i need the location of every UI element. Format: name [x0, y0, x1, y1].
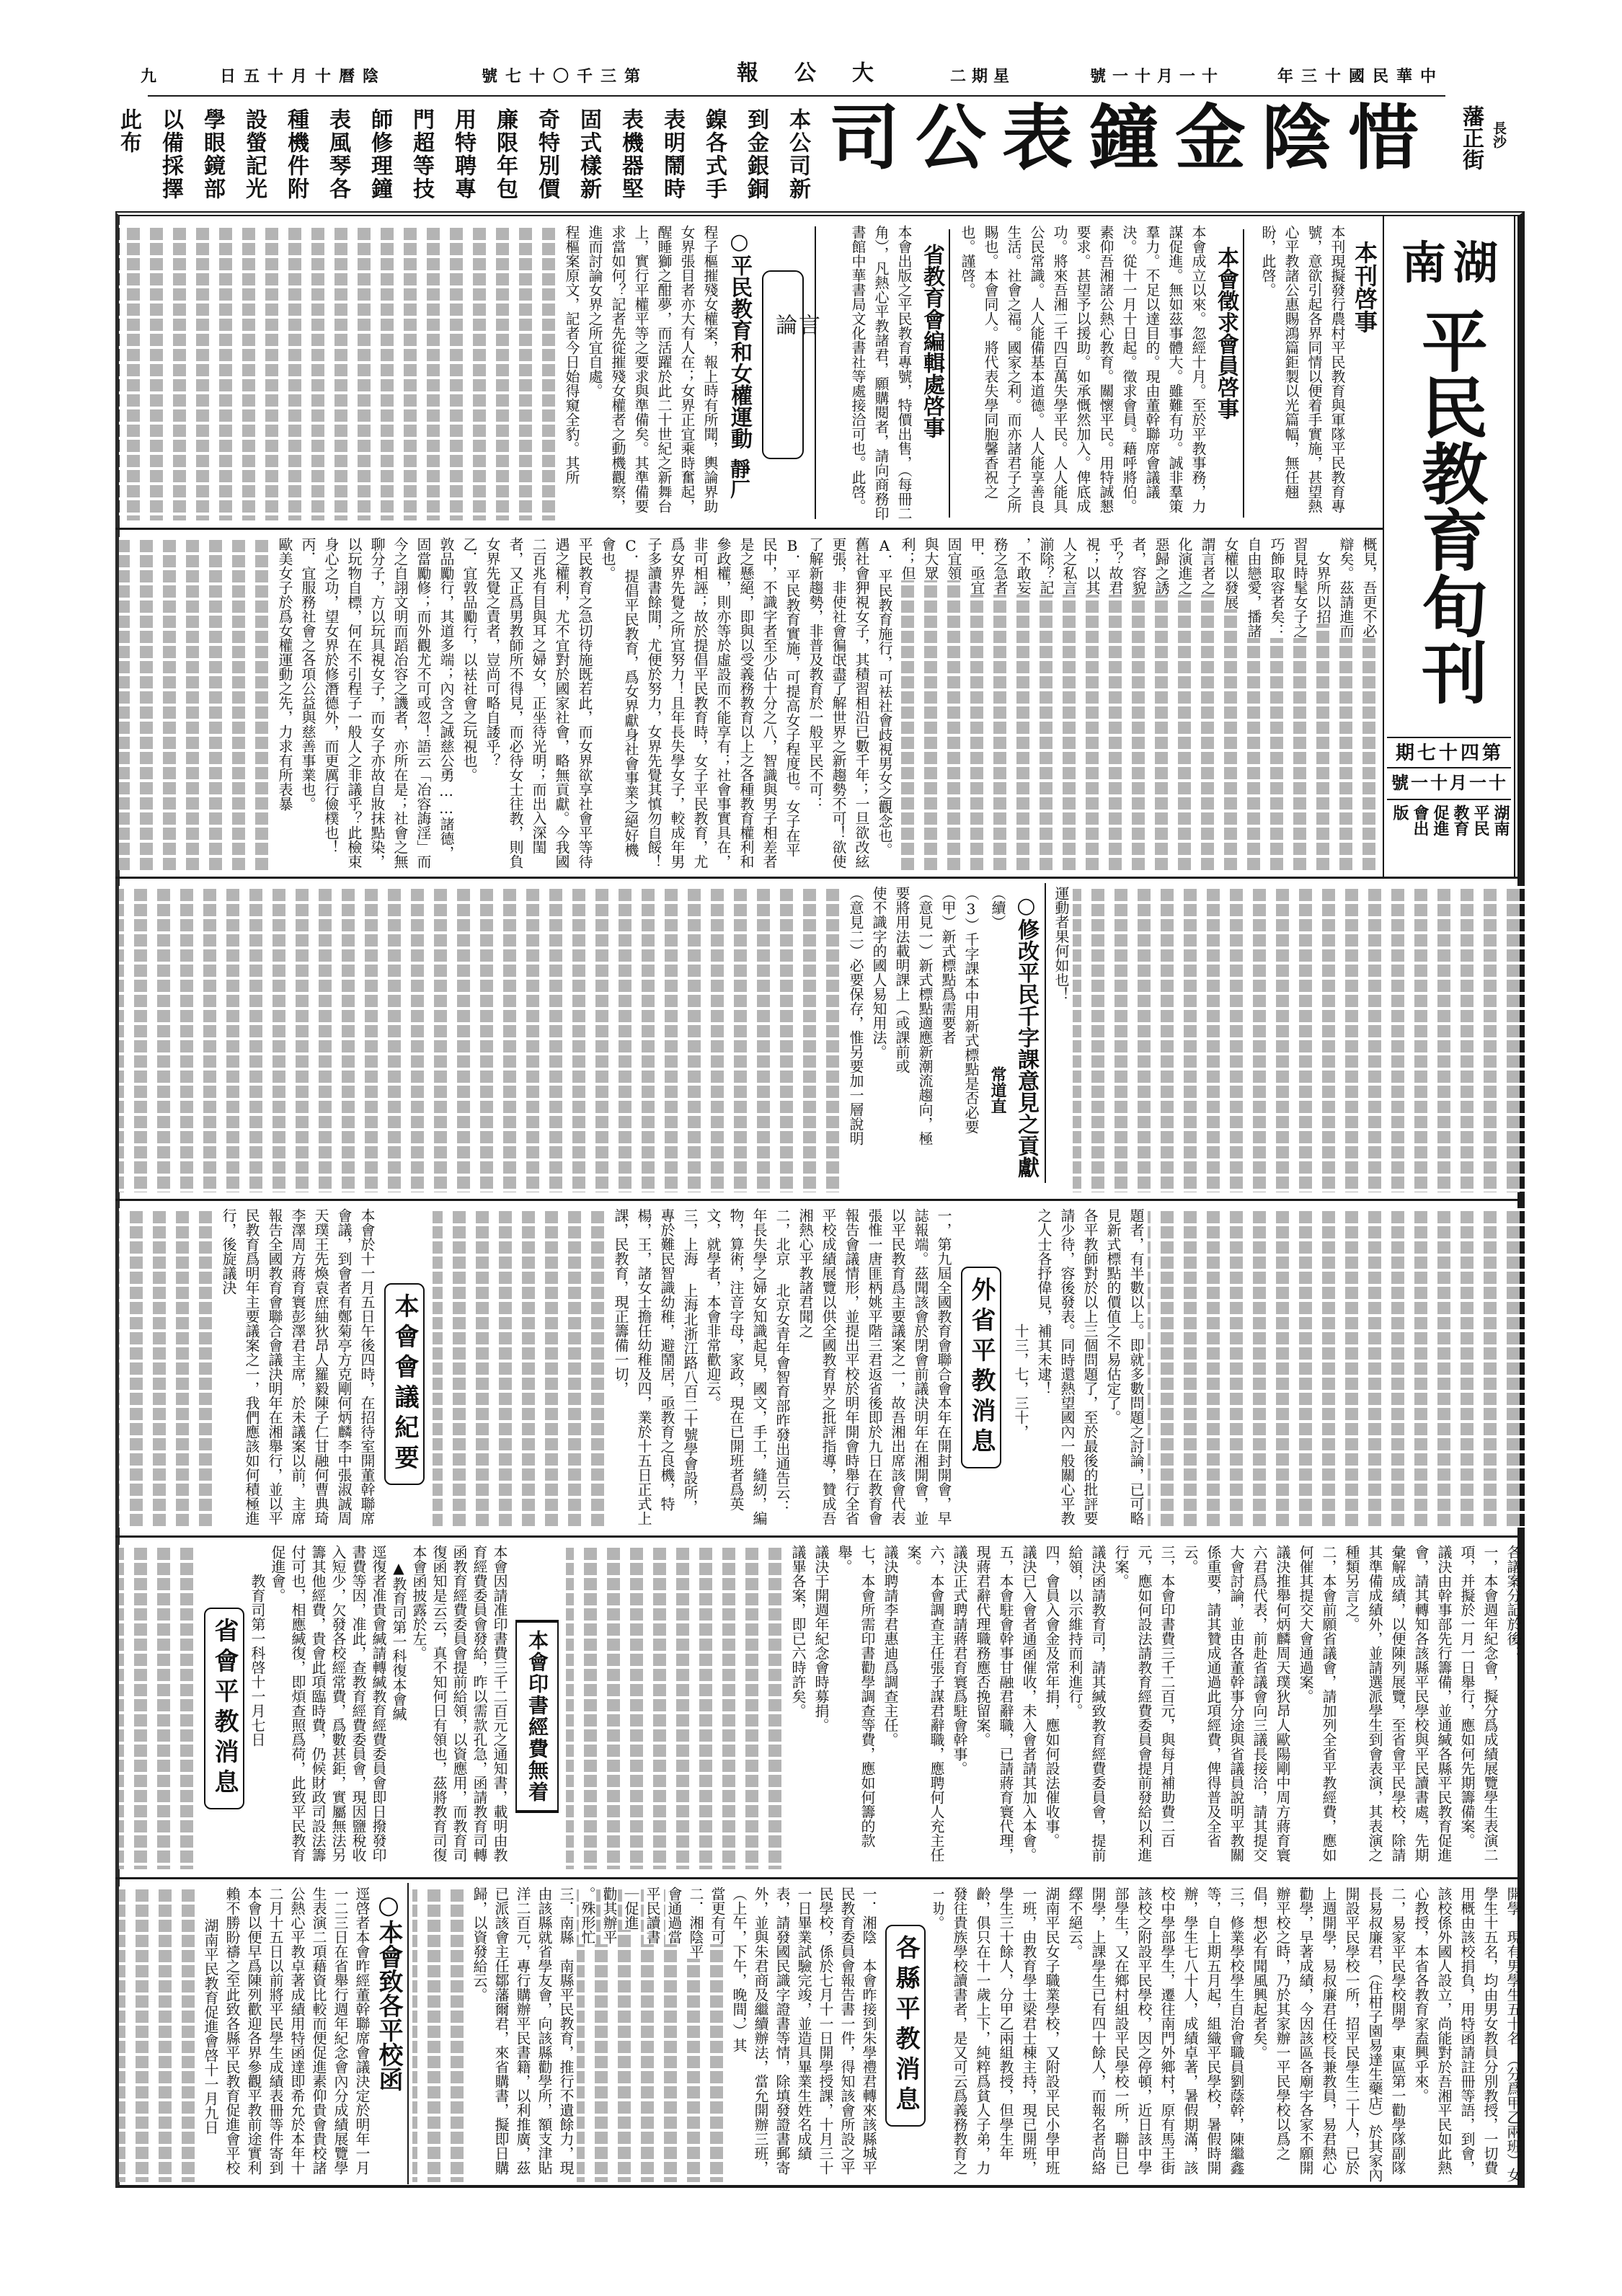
county-news: 各縣平教消息 一．湘陰 本會昨接到朱學禮君轉來該縣城平民教育委員會報告書一件，得… — [412, 1887, 930, 2182]
meeting-minutes-heading: 本會會議紀要 — [384, 1283, 425, 1485]
membership-notice-body: 本會成立以來。忽經十月。至於平教事務，力謀促進。無如茲事體大。雖難有功。誠非羣策… — [956, 225, 1210, 520]
article-body: 程子樞摧殘女權案，報上時有所聞，輿論界助女界張目者亦大有人在；女界正宜乘時奮起，… — [560, 225, 722, 520]
masthead-region: 湖南 — [1401, 238, 1505, 288]
unread-text-columns — [566, 1545, 786, 1869]
provincial-news-continued: 開學，現有男學生五十名，（分爲甲乙兩班）女學生十五名，均由男女教員分別教授，一切… — [934, 1887, 1525, 2182]
printing-funds-heading: 本會印書經費無着 — [515, 1620, 559, 1813]
outside-province-news-heading: 外省平教消息 — [961, 1267, 1001, 1468]
page-number: 九 — [141, 66, 156, 87]
supplement-masthead: 湖南 平民教育旬刊 第四十七期 十一月十一號 湖南平民教育促進會出版 — [1383, 215, 1515, 877]
article-title: ○平民教育和女權運動 — [722, 229, 755, 449]
ad-location-city: 長沙 — [1491, 121, 1507, 149]
unread-text-columns — [119, 225, 560, 520]
letter-to-schools-heading: ○本會致各平校函 — [373, 1891, 404, 2091]
masthead-issue: 第四十七期 — [1396, 743, 1504, 764]
ad-body-text: 本公司新到金銀銅鎳各式手表明鬧時表機器堅固式樣新奇特別價廉限年包用特聘專門超等技… — [105, 108, 818, 203]
provincial-news-body: 開學，現有男學生五十名，（分爲甲乙兩班）女學生十五名，均由男女教員分別教授，一切… — [934, 1887, 1525, 2182]
article-thousand-character-lessons: ○修改平民千字課意見之貢獻 （續） 常道直 （3）千字課本中用新式標點是否必要 … — [119, 886, 1042, 1192]
newspaper-page: 九 陰曆十月十五日 第三千〇十七號 大公報 星期二 十一月十一號 中華民國十三年… — [0, 0, 1622, 2296]
letter-to-schools: ○本會致各平校函 逕啓者本會昨經董幹聯席會議決定於明年一月一二三日在省舉行週年紀… — [119, 1887, 404, 2182]
provincial-news: 省會平教消息 — [119, 1545, 249, 1869]
opinion-section-label-box: 言論 — [762, 270, 804, 459]
band-divider — [115, 1535, 1525, 1538]
article-thousand-character-ending: 題者，有半數以上。即就多數問題之討論，已可略見新式標點的價值之不易估定了。 各平… — [1009, 1208, 1525, 1528]
editorial-office-notice-body: 本會出版之平民教育專號，特價出售，（每冊二角），凡熱心平教諸君，願購閱者，請向商… — [846, 225, 916, 520]
issue-number: 第三千〇十七號 — [482, 66, 648, 87]
article-body: A．平民教育施行，可袪社會歧視男女之觀念也。舊社會狎視女子，其積習相沿已數千年；… — [273, 537, 896, 870]
band-divider — [115, 877, 1525, 879]
county-news-item-2: 當更有可 二．湘陰平 會通過當 平民讀書 ｜促進 勸其辦平 。殊形忙 — [577, 1887, 728, 2182]
article-byline: （續） 常道直 — [983, 886, 1010, 1192]
opinion-section-label: 言論 — [772, 314, 818, 458]
county-news-heading: 各縣平教消息 — [885, 1925, 926, 2127]
continued-marker: （續） — [983, 886, 1010, 929]
masthead-rule-1 — [1387, 737, 1511, 738]
band-divider — [115, 528, 1384, 530]
editorial-office-notice: 省教育會編輯處啓事 本會出版之平民教育專號，特價出售，（每冊二角），凡熱心平教諸… — [819, 225, 947, 520]
meeting-minutes-resolutions: 各議案分記於後： 一，本會週年紀念會，擬分爲成績展覽學生表演二項，并擬於一月一日… — [566, 1545, 1525, 1869]
meeting-minutes-body: 本會於十一月五日午後四時，在招待室開董幹聯席會議，到會者有鄭菊亭方克剛何炳麟李中… — [217, 1208, 378, 1528]
unread-text-columns — [433, 1208, 609, 1528]
journal-notice-body: 本刊現擬發行農村平民教育與軍隊平民教育專號，意欲引起各界同情以便着手實施，甚望熱… — [1257, 225, 1349, 520]
divider — [949, 229, 950, 518]
masthead-rule-3 — [1387, 799, 1511, 800]
band-divider — [115, 1877, 1525, 1879]
membership-notice: 本會徵求會員啓事 本會成立以來。忽經十月。至於平教事務，力謀促進。無如茲事體大。… — [953, 225, 1241, 520]
divider — [407, 1883, 409, 2184]
meeting-minutes-resolutions-body: 各議案分記於後： 一，本會週年紀念會，擬分爲成績展覽學生表演二項，并擬於一月一日… — [786, 1545, 1525, 1869]
county-news-item-3: 三．南縣 南縣平民教育，推行不遺餘力，現由該縣就省學友會，向該縣勸學所，額支津貼… — [469, 1887, 577, 2182]
masthead-date: 十一月十一號 — [1391, 773, 1508, 793]
membership-notice-heading: 本會徵求會員啓事 — [1210, 247, 1241, 420]
ad-company-name: 惜陰金鐘表公司 — [829, 98, 1435, 179]
article-column-tops-text: 概見，吾更不必 辯矣。茲請進而 女界所以招 習見時髦女子之 巧飾取容者矣： 自由… — [899, 537, 1378, 638]
paper-name: 大公報 — [737, 63, 910, 84]
journal-notice-heading: 本刊啓事 — [1349, 241, 1381, 333]
unread-text-columns — [119, 537, 273, 870]
divider — [1243, 229, 1244, 518]
article-womens-rights-part2: 概見，吾更不必 辯矣。茲請進而 女界所以招 習見時髦女子之 巧飾取容者矣： 自由… — [119, 537, 1381, 870]
article-column-tops: 概見，吾更不必 辯矣。茲請進而 女界所以招 習見時髦女子之 巧飾取容者矣： 自由… — [896, 537, 1381, 870]
article-author: 常道直 — [983, 1066, 1010, 1114]
meeting-minutes: 本會會議紀要 本會於十一月五日午後四時，在招待室開董幹聯席會議，到會者有鄭菊亭方… — [119, 1208, 429, 1528]
county-news-item-1: 一．湘陰 本會昨接到朱學禮君轉來該縣城平民教育委員會報告書一件，得知該會所設之平… — [728, 1887, 879, 2182]
unread-text-columns — [119, 1887, 200, 2182]
article-body: 題者，有半數以上。即就多數問題之討論，已可略見新式標點的價值之不易估定了。 各平… — [1032, 1208, 1148, 1528]
printing-funds-notice: 本會印書經費無着 本會因請准印書費三千二百元之通知書，載明由教育經費委員會發給，… — [249, 1545, 563, 1869]
unread-text-columns — [1073, 886, 1525, 1192]
outside-province-news: 外省平教消息 一，第九屆全國教育會聯合會本年在開封開會，早誌報端。茲聞該會於閉會… — [433, 1208, 1006, 1528]
divider — [1045, 883, 1046, 1183]
article-body: （3）千字課本中用新式標點是否必要 （甲）新式標點爲需要者 （意見一）新式標點適… — [844, 886, 983, 1192]
county-news-item-2-text: 當更有可 二．湘陰平 會通過當 平民讀書 ｜促進 勸其辦平 。殊形忙 — [579, 1887, 726, 1959]
republic-year: 中華民國十三年 — [1277, 66, 1444, 87]
masthead-publisher: 湖南平民教育促進會出版 — [1390, 805, 1511, 845]
unread-text-columns — [412, 1887, 469, 2182]
masthead-title: 平民教育旬刊 — [1410, 307, 1489, 705]
journal-notice: 本刊啓事 本刊現擬發行農村平民教育與軍隊平民教育專號，意欲引起各界同情以便着手實… — [1247, 225, 1381, 520]
outside-province-news-body: 一，第九屆全國教育會聯合會本年在開封開會，早誌報端。茲聞該會於閉會前議決明年在湘… — [609, 1208, 955, 1528]
lunar-date: 陰曆十月十五日 — [220, 66, 386, 87]
unread-text-columns — [119, 1208, 217, 1528]
article-womens-rights-ending: 運動者果何如也！ — [1050, 886, 1525, 1192]
band-divider — [115, 1199, 1525, 1201]
printing-funds-body: 本會因請准印書費三千二百元之通知書，載明由教育經費委員會發給，昨以需款孔急，函請… — [249, 1545, 510, 1869]
provincial-news-heading: 省會平教消息 — [204, 1608, 244, 1809]
article-womens-rights-heading: ○平民教育和女權運動 靜厂 — [722, 225, 755, 520]
unread-text-columns — [119, 886, 844, 1192]
weekday: 星期二 — [950, 66, 1015, 87]
article-author: 靜厂 — [722, 458, 755, 499]
unread-text-columns — [119, 1545, 198, 1869]
publication-date: 十一月十一號 — [1090, 66, 1224, 87]
ad-location-street: 藩正街 — [1458, 105, 1484, 170]
article-title: ○修改平民千字課意見之貢獻 — [1010, 893, 1042, 1178]
unread-text-columns — [1148, 1208, 1525, 1528]
masthead-rule-2 — [1387, 767, 1511, 768]
article-ending: 運動者果何如也！ — [1050, 886, 1073, 1192]
article-date: 十三，七，三十， — [1009, 1208, 1032, 1528]
letter-to-schools-signature: 湖南平民教育促進會啓十一月九日 — [200, 1887, 221, 2182]
article-womens-rights-part1: ○平民教育和女權運動 靜厂 程子樞摧殘女權案，報上時有所聞，輿論界助女界張目者亦… — [119, 225, 755, 520]
letter-to-schools-body: 逕啓者本會昨經董幹聯席會議決定於明年一月一二三日在省舉行週年紀念會內分成績展覽學… — [221, 1887, 373, 2182]
editorial-office-notice-heading: 省教育會編輯處啓事 — [916, 244, 947, 438]
